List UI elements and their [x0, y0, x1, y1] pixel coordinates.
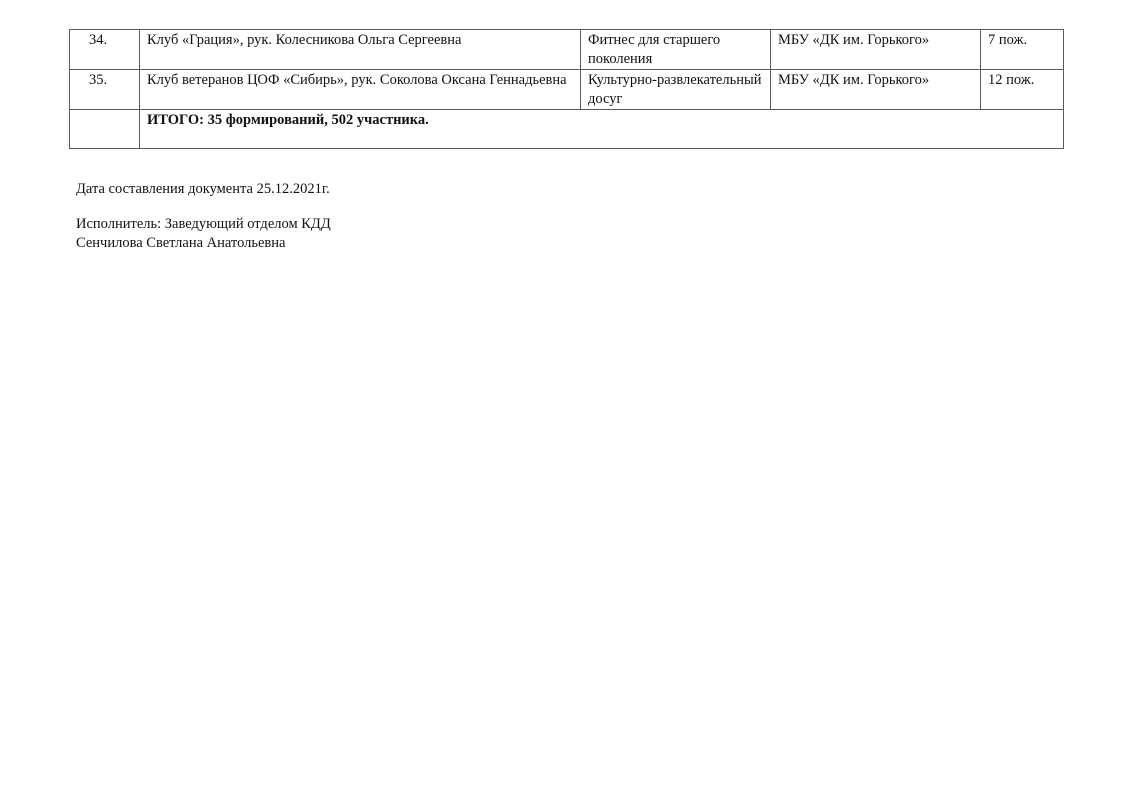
organization: МБУ «ДК им. Горького» [771, 30, 981, 70]
formation-name: Клуб «Грация», рук. Колесникова Ольга Се… [140, 30, 581, 70]
executor-position: Исполнитель: Заведующий отделом КДД [76, 215, 331, 233]
organization: МБУ «ДК им. Горького» [771, 70, 981, 110]
document-date: Дата составления документа 25.12.2021г. [76, 180, 330, 198]
table-row: 35. Клуб ветеранов ЦОФ «Сибирь», рук. Со… [70, 70, 1064, 110]
table-row: 34. Клуб «Грация», рук. Колесникова Ольг… [70, 30, 1064, 70]
formation-type: Фитнес для старшего поколения [581, 30, 771, 70]
total-row: ИТОГО: 35 формирований, 502 участника. [70, 110, 1064, 149]
executor-name: Сенчилова Светлана Анатольевна [76, 234, 285, 252]
formations-table: 34. Клуб «Грация», рук. Колесникова Ольг… [69, 29, 1064, 149]
total-empty-cell [70, 110, 140, 149]
participant-count: 12 пож. [981, 70, 1064, 110]
row-number: 35. [70, 70, 140, 110]
row-number: 34. [70, 30, 140, 70]
total-summary: ИТОГО: 35 формирований, 502 участника. [140, 110, 1064, 149]
formation-type: Культурно-развлекательный досуг [581, 70, 771, 110]
formation-name: Клуб ветеранов ЦОФ «Сибирь», рук. Соколо… [140, 70, 581, 110]
participant-count: 7 пож. [981, 30, 1064, 70]
